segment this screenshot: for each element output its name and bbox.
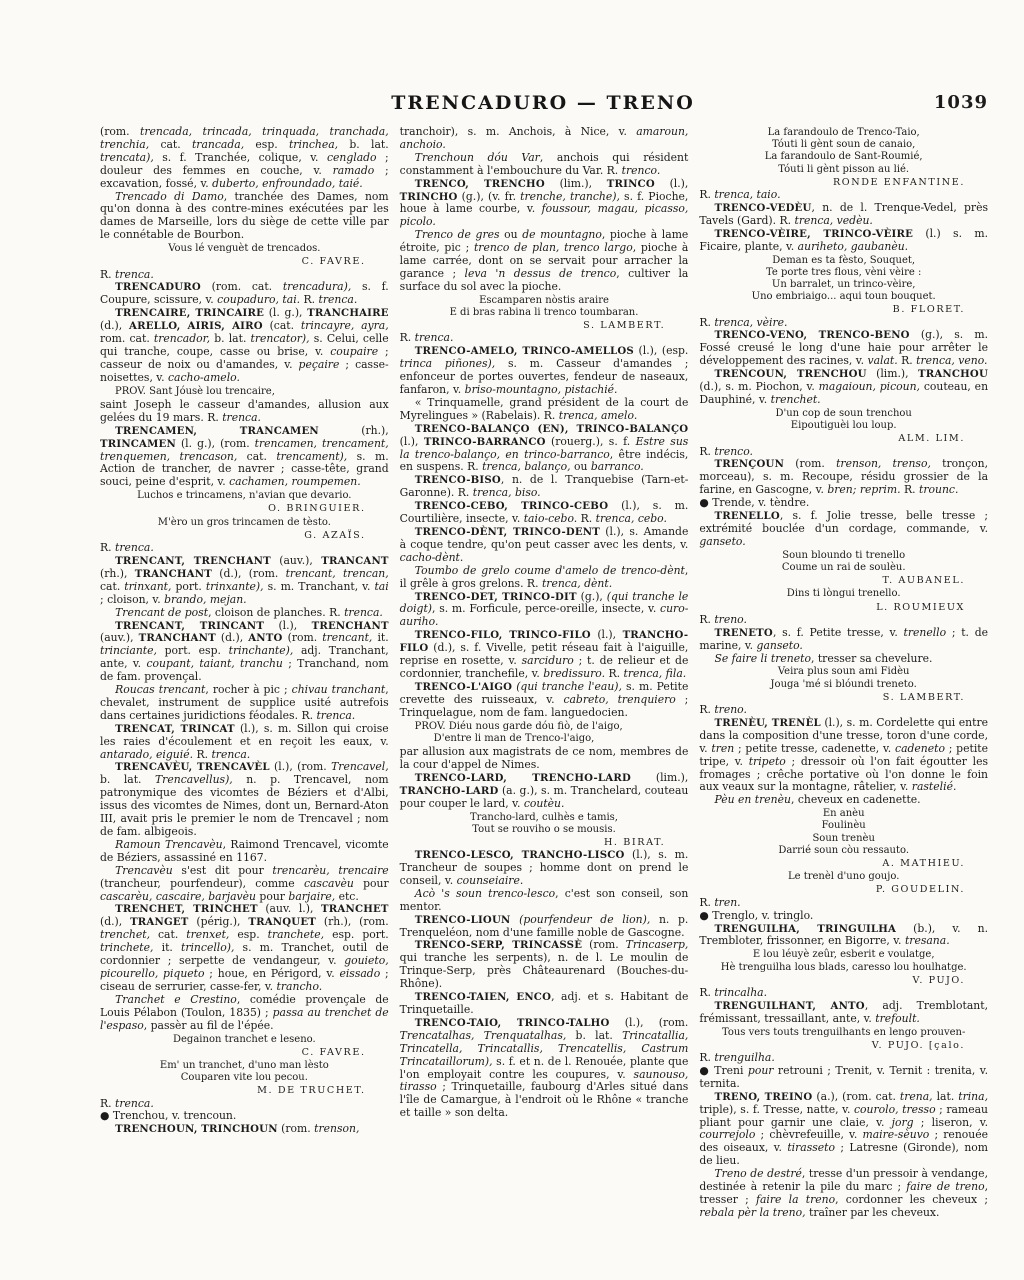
column-right: La farandoulo de Trenco-Taio,Tóuti li gè…	[699, 126, 988, 1220]
entry-text: Trenchoun dóu Var, anchois qui résident …	[400, 152, 689, 178]
quote-line: Hè trenguilha lous blads, caresso lou ho…	[699, 962, 988, 974]
quote-line: E lou léuyè zeûr, esberit e voulatge,	[699, 949, 988, 961]
entry-text: TRENO, TREINO (a.), (rom. cat. trena, la…	[699, 1091, 988, 1168]
verse-quote: Dins ti lòngui trenello.	[699, 588, 988, 600]
verse-quote: Soun bloundo ti trenelloCoume un rai de …	[699, 550, 988, 574]
entry-text: R. trenca.	[100, 542, 389, 555]
entry-text: TRENCOUN, TRENCHOU (lim.), TRANCHOU (d.)…	[699, 368, 988, 407]
quote-line: D'entre li man de Trenco-l'aigo,	[400, 733, 689, 745]
entry-text: « Trinquamelle, grand président de la co…	[400, 397, 689, 423]
quote-line: Escamparen nòstis araire	[400, 295, 689, 307]
quote-line: Tous vers touts trenguilhants en lengo p…	[699, 1027, 988, 1039]
entry-text: tranchoir), s. m. Anchois, à Nice, v. am…	[400, 126, 689, 152]
quote-line: Uno embriaigo... aqui toun bouquet.	[699, 291, 988, 303]
quote-line: Trancho-lard, culhès e tamis,	[400, 812, 689, 824]
quote-line: Tóuti li gènt soun de canaio,	[699, 139, 988, 151]
quote-line: Em' un tranchet, d'uno man lèsto	[100, 1060, 389, 1072]
verse-quote: Em' un tranchet, d'uno man lèstoCouparen…	[100, 1060, 389, 1084]
entry-text: TRENCO-SERP, TRINCASSÈ (rom. Trincaserp,…	[400, 939, 689, 991]
entry-text: TRENCHOUN, TRINCHOUN (rom. trenson,	[100, 1123, 389, 1136]
entry-text: Trencavèu s'est dit pour trencarèu, tren…	[100, 865, 389, 904]
column-left: (rom. trencada, trincada, trinquada, tra…	[100, 126, 389, 1220]
verse-quote: Trancho-lard, culhès e tamis,Tout se rou…	[400, 812, 689, 836]
page-number: 1039	[934, 92, 988, 113]
entry-text: Ramoun Trencavèu, Raimond Trencavel, vic…	[100, 839, 389, 865]
entry-text: TRENCO, TRENCHO (lim.), TRINCO (l.), TRI…	[400, 178, 689, 230]
entry-text: TRENCO-DÈNT, TRINCO-DENT (l.), s. Amande…	[400, 526, 689, 565]
entry-text: R. trenca, taio.	[699, 189, 988, 202]
verse-quote: E lou léuyè zeûr, esberit e voulatge,Hè …	[699, 949, 988, 973]
quote-line: Darrié soun còu ressauto.	[699, 845, 988, 857]
quote-line: M'èro un gros trincamen de tèsto.	[100, 517, 389, 529]
quote-line: Jouga 'mé si blóundi treneto.	[699, 679, 988, 691]
quote-line: Tóuti li gènt pisson au lié.	[699, 164, 988, 176]
verse-quote: La farandoulo de Trenco-Taio,Tóuti li gè…	[699, 127, 988, 176]
entry-text: TRENCAMEN, TRANCAMEN (rh.), TRINCAMEN (l…	[100, 425, 389, 490]
verse-quote: Degainon tranchet e leseno.	[100, 1034, 389, 1046]
verse-quote: Veira plus soun ami FidèuJouga 'mé si bl…	[699, 666, 988, 690]
entry-text: (rom. trencada, trincada, trinquada, tra…	[100, 126, 389, 191]
verse-quote: En anèuFoulinèuSoun trenèuDarrié soun cò…	[699, 808, 988, 857]
entry-text: TRENGUILHA, TRINGUILHA (b.), v. n. Tremb…	[699, 923, 988, 949]
entry-text: TRENCO-VEDÈU, n. de l. Trenque-Vedel, pr…	[699, 202, 988, 228]
column-center: tranchoir), s. m. Anchois, à Nice, v. am…	[400, 126, 689, 1220]
quote-line: Un barralet, un trinco-vèire,	[699, 279, 988, 291]
entry-text: TRENCAT, TRINCAT (l.), s. m. Sillon qui …	[100, 723, 389, 762]
quote-line: Te porte tres flous, vèni vèire :	[699, 267, 988, 279]
quote-line: Soun bloundo ti trenello	[699, 550, 988, 562]
entry-text: saint Joseph le casseur d'amandes, allus…	[100, 399, 389, 425]
entry-text: TRENGUILHANT, ANTO, adj. Tremblotant, fr…	[699, 1000, 988, 1026]
entry-text: TRENCO-LIOUN (pourfendeur de lion), n. p…	[400, 914, 689, 940]
page-header: TRENCADURO — TRENO 1039	[100, 92, 986, 118]
entry-text: TRENELLO, s. f. Jolie tresse, belle tres…	[699, 510, 988, 549]
quote-line: La farandoulo de Trenco-Taio,	[699, 127, 988, 139]
quote-line: PROV. Sant Jóusè lou trencaire,	[100, 386, 389, 398]
verse-quote: M'èro un gros trincamen de tèsto.	[100, 517, 389, 529]
entry-text: TRENCO-DET, TRINCO-DIT (g.), (qui tranch…	[400, 591, 689, 630]
proverb-quote: PROV. Sant Jóusè lou trencaire,	[100, 386, 389, 398]
quote-line: Dins ti lòngui trenello.	[699, 588, 988, 600]
verse-quote: Le trenèl d'uno goujo.	[699, 871, 988, 883]
entry-text: ● Trenglo, v. tringlo.	[699, 910, 988, 923]
entry-text: TRENCO-LESCO, TRANCHO-LISCO (l.), s. m. …	[400, 849, 689, 888]
entry-text: TRENCO-TAIO, TRINCO-TALHO (l.), (rom. Tr…	[400, 1017, 689, 1120]
quote-line: Soun trenèu	[699, 833, 988, 845]
entry-text: TRENÇOUN (rom. trenson, trenso, tronçon,…	[699, 458, 988, 497]
entry-text: TRENCAIRE, TRINCAIRE (l. g.), TRANCHAIRE…	[100, 307, 389, 384]
quote-line: Veira plus soun ami Fidèu	[699, 666, 988, 678]
entry-text: R. tren.	[699, 897, 988, 910]
entry-text: Treno de destré, tresse d'un pressoir à …	[699, 1168, 988, 1220]
running-title: TRENCADURO — TRENO	[100, 92, 986, 114]
quote-line: Eipoutiguèi lou loup.	[699, 420, 988, 432]
verse-quote: D'un cop de soun trenchouEipoutiguèi lou…	[699, 408, 988, 432]
entry-text: TRENCANT, TRINCANT (l.), TRENCHANT (auv.…	[100, 620, 389, 685]
quote-line: La farandoulo de Sant-Roumié,	[699, 151, 988, 163]
entry-text: TRENCO-LARD, TRENCHO-LARD (lim.), TRANCH…	[400, 772, 689, 811]
verse-quote: Escamparen nòstis araireE di bras rabina…	[400, 295, 689, 319]
quote-line: Luchos e trincamens, n'avian que devario…	[100, 490, 389, 502]
entry-text: TRENCAVÈU, TRENCAVÈL (l.), (rom. Trencav…	[100, 761, 389, 838]
entry-text: R. treno.	[699, 704, 988, 717]
entry-text: Tranchet e Crestino, comédie provençale …	[100, 994, 389, 1033]
entry-text: TRENCO-VÈIRE, TRINCO-VÈIRE (l.) s. m. Fi…	[699, 228, 988, 254]
entry-text: Trencado di Damo, tranchée des Dames, no…	[100, 191, 389, 243]
attribution: C. FAVRE.	[100, 1047, 389, 1059]
entry-text: TRENCO-FILO, TRINCO-FILO (l.), TRANCHO-F…	[400, 629, 689, 681]
quote-line: Deman es ta fèsto, Souquet,	[699, 255, 988, 267]
entry-text: TRENCO-CEBO, TRINCO-CEBO (l.), s. m. Cou…	[400, 500, 689, 526]
entry-text: par allusion aux magistrats de ce nom, m…	[400, 746, 689, 772]
quote-line: E di bras rabina li trenco toumbaran.	[400, 307, 689, 319]
entry-text: Roucas trencant, rocher à pic ; chivau t…	[100, 684, 389, 723]
verse-quote: Deman es ta fèsto, Souquet,Te porte tres…	[699, 255, 988, 304]
quote-line: D'un cop de soun trenchou	[699, 408, 988, 420]
attribution: A. MATHIEU.	[699, 858, 988, 870]
entry-text: Acò 's soun trenco-lesco, c'est son cons…	[400, 888, 689, 914]
entry-text: ● Treni pour retrouni ; Trenit, v. Terni…	[699, 1065, 988, 1091]
entry-text: R. trincalha.	[699, 987, 988, 1000]
quote-line: Couparen vite lou pecou.	[100, 1072, 389, 1084]
text-columns: (rom. trencada, trincada, trinquada, tra…	[100, 126, 988, 1220]
quote-line: Degainon tranchet e leseno.	[100, 1034, 389, 1046]
quote-line: PROV. Diéu nous garde dóu fiò, de l'aigo…	[400, 721, 689, 733]
entry-text: Trencant de post, cloison de planches. R…	[100, 607, 389, 620]
scanned-dictionary-page: TRENCADURO — TRENO 1039 (rom. trencada, …	[0, 0, 1024, 1280]
attribution: P. GOUDELIN.	[699, 884, 988, 896]
quote-line: En anèu	[699, 808, 988, 820]
quote-line: Vous lé venguèt de trencados.	[100, 243, 389, 255]
attribution: T. AUBANEL.	[699, 575, 988, 587]
verse-quote: Vous lé venguèt de trencados.	[100, 243, 389, 255]
entry-text: Se faire li treneto, tresser sa chevelur…	[699, 653, 988, 666]
entry-text: TRENCHET, TRINCHET (auv. l.), TRANCHET (…	[100, 903, 389, 993]
attribution: O. BRINGUIER.	[100, 503, 389, 515]
quote-line: Le trenèl d'uno goujo.	[699, 871, 988, 883]
entry-text: TRENÈU, TRENÈL (l.), s. m. Cordelette qu…	[699, 717, 988, 794]
entry-text: TRENCO-BISO, n. de l. Tranquebise (Tarn-…	[400, 474, 689, 500]
entry-text: Trenco de gres ou de mountagno, pioche à…	[400, 229, 689, 294]
entry-text: TRENCO-VENO, TRENCO-BENO (g.), s. m. Fos…	[699, 329, 988, 368]
entry-text: TRENCO-TAIEN, ENCO, adj. et s. Habitant …	[400, 991, 689, 1017]
entry-text: TRENCO-BALANÇO (EN), TRINCO-BALANÇO (l.)…	[400, 423, 689, 475]
quote-line: Tout se rouviho o se mousis.	[400, 824, 689, 836]
quote-line: Coume un rai de soulèu.	[699, 562, 988, 574]
entry-text: TRENETO, s. f. Petite tresse, v. trenell…	[699, 627, 988, 653]
entry-text: TRENCADURO (rom. cat. trencadura), s. f.…	[100, 281, 389, 307]
verse-quote: Tous vers touts trenguilhants en lengo p…	[699, 1027, 988, 1039]
entry-text: TRENCANT, TRENCHANT (auv.), TRANCANT (rh…	[100, 555, 389, 607]
entry-text: Toumbo de grelo coume d'amelo de trenco-…	[400, 565, 689, 591]
entry-text: TRENCO-L'AIGO (qui tranche l'eau), s. m.…	[400, 681, 689, 720]
entry-text: Pèu en trenèu, cheveux en cadenette.	[699, 794, 988, 807]
verse-quote: Luchos e trincamens, n'avian que devario…	[100, 490, 389, 502]
quote-line: Foulinèu	[699, 820, 988, 832]
entry-text: TRENCO-AMELO, TRINCO-AMELLOS (l.), (esp.…	[400, 345, 689, 397]
proverb-quote: PROV. Diéu nous garde dóu fiò, de l'aigo…	[400, 721, 689, 745]
